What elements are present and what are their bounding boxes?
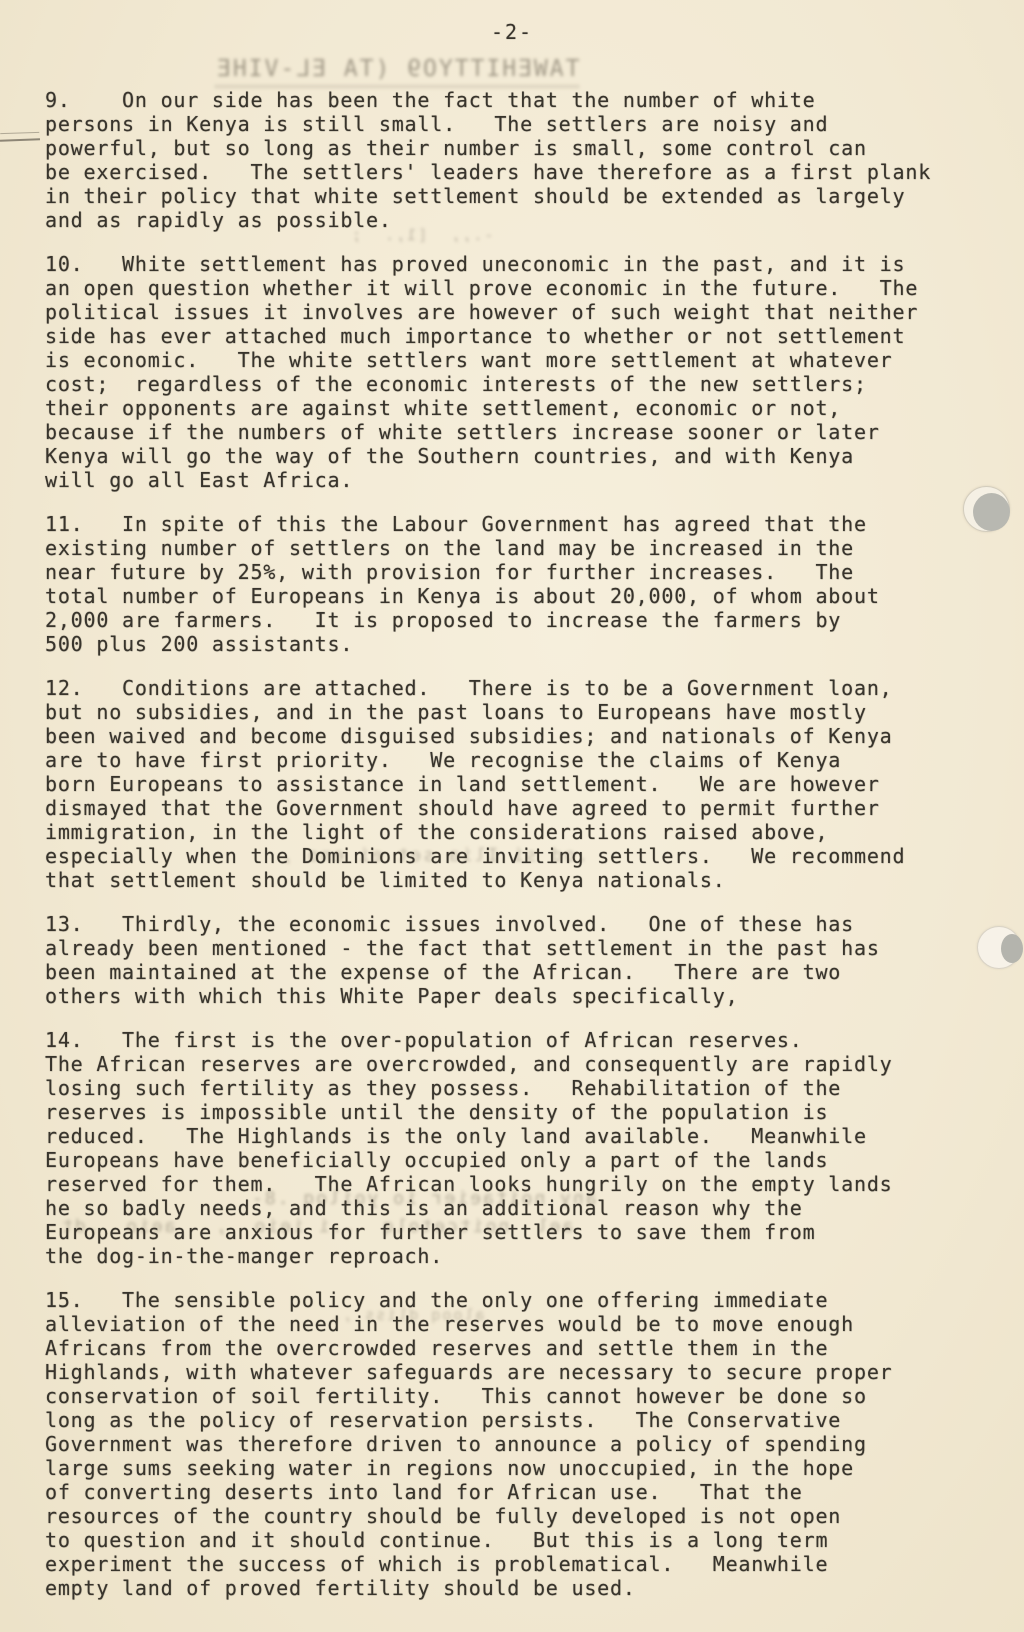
paragraph-text: 10. White settlement has proved uneconom… [45, 252, 988, 492]
paragraph-text: 12. Conditions are attached. There is to… [45, 676, 988, 892]
paragraph-9: 9. On our side has been the fact that th… [45, 88, 988, 232]
paragraph-text: 14. The first is the over-population of … [45, 1028, 988, 1268]
scanned-document-page: -2- TAWEHITTYO9 (TA EL-VIHE 9. On our si… [0, 0, 1024, 1632]
paragraph-11: 11. In spite of this the Labour Governme… [45, 512, 988, 656]
paragraph-text: 11. In spite of this the Labour Governme… [45, 512, 988, 656]
page-number: -2- [0, 0, 1024, 44]
paragraph-text: 15. The sensible policy and the only one… [45, 1288, 988, 1600]
hole-punch-mark-bottom [977, 926, 1021, 969]
paragraph-14: 14. The first is the over-population of … [45, 1028, 988, 1268]
offset-stamp-smudge: TAWEHITTYO9 (TA EL-VIHE [215, 56, 580, 88]
margin-pen-mark [0, 138, 40, 141]
paragraph-text: 9. On our side has been the fact that th… [45, 88, 988, 232]
hole-punch-mark-top [963, 486, 1010, 532]
paragraph-10: 10. White settlement has proved uneconom… [45, 252, 988, 492]
document-body: 9. On our side has been the fact that th… [45, 88, 988, 1600]
paragraph-12: 12. Conditions are attached. There is to… [45, 676, 988, 892]
paragraph-text: 13. Thirdly, the economic issues involve… [45, 912, 988, 1008]
paragraph-13: 13. Thirdly, the economic issues involve… [45, 912, 988, 1008]
paragraph-15: 15. The sensible policy and the only one… [45, 1288, 988, 1600]
